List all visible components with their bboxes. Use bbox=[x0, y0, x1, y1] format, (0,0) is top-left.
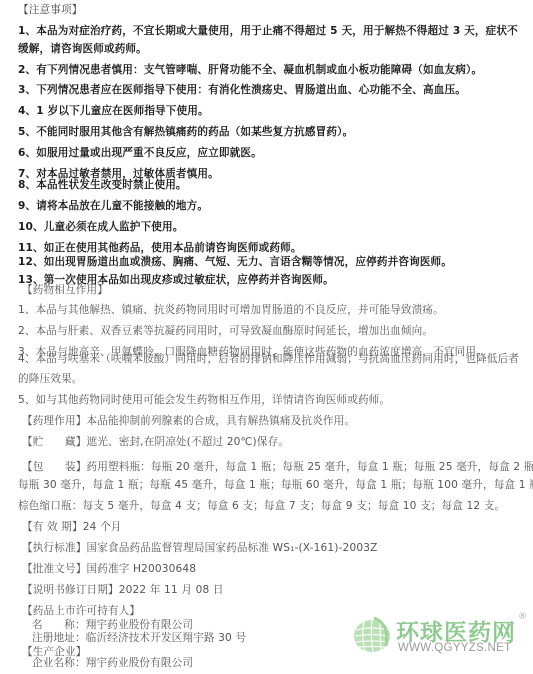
precaution-item: 5、不能同时服用其他含有解热镇痛药的药品（如某些复方抗感冒药）。 bbox=[18, 125, 523, 139]
pharmacology-heading: 【药理作用】 bbox=[22, 415, 86, 427]
packaging-line: 药用塑料瓶：每瓶 20 毫升，每盒 1 瓶；每瓶 25 毫升，每盒 1 瓶；每瓶… bbox=[86, 461, 533, 473]
packaging-row: 【包 装】药用塑料瓶：每瓶 20 毫升，每盒 1 瓶；每瓶 25 毫升，每盒 1… bbox=[22, 460, 523, 474]
pharmacology-text: 本品能抑制前列腺素的合成，具有解热镇痛及抗炎作用。 bbox=[86, 415, 355, 427]
precaution-item: 11、如正在使用其他药品，使用本品前请咨询医师或药师。 bbox=[18, 241, 523, 255]
revision-text: 2022 年 11 月 08 日 bbox=[119, 584, 224, 596]
precaution-item: 8、本品性状发生改变时禁止使用。 bbox=[18, 178, 523, 192]
validity-row: 【有 效 期】24 个月 bbox=[22, 520, 523, 534]
precaution-item: 3、下列情况患者应在医师指导下使用：有消化性溃疡史、胃肠道出血、心功能不全、高血… bbox=[18, 83, 523, 97]
site-watermark: 环球医药网 ® WWW.QGYYZS.NET bbox=[352, 612, 532, 662]
standard-heading: 【执行标准】 bbox=[22, 542, 86, 554]
interactions-heading: 【药物相互作用】 bbox=[22, 283, 523, 297]
revision-row: 【说明书修订日期】2022 年 11 月 08 日 bbox=[22, 583, 523, 597]
precaution-item: 1、本品为对症治疗药，不宜长期或大量使用，用于止痛不得超过 5 天，用于解热不得… bbox=[18, 24, 523, 38]
packaging-heading: 【包 装】 bbox=[22, 461, 86, 473]
precaution-item: 9、请将本品放在儿童不能接触的地方。 bbox=[18, 199, 523, 213]
approval-text: 国药准字 H20030648 bbox=[86, 563, 196, 575]
revision-heading: 【说明书修订日期】 bbox=[22, 584, 119, 596]
storage-row: 【贮 藏】遮光、密封,在阴凉处(不超过 20℃)保存。 bbox=[22, 435, 523, 449]
interaction-item: 的降压效果。 bbox=[18, 372, 523, 386]
packaging-line: 每瓶 30 毫升，每盒 1 瓶；每瓶 45 毫升，每盒 1 瓶；每瓶 60 毫升… bbox=[18, 478, 523, 492]
precaution-item: 2、有下列情况患者慎用：支气管哮喘、肝肾功能不全、凝血机制或血小板功能障碍（如血… bbox=[18, 63, 523, 77]
interaction-item: 2、本品与肝素、双香豆素等抗凝药同用时，可导致凝血酶原时间延长，增加出血倾向。 bbox=[18, 324, 523, 338]
precaution-item: 6、如服用过量或出现严重不良反应，应立即就医。 bbox=[18, 146, 523, 160]
validity-heading: 【有 效 期】 bbox=[22, 521, 83, 533]
approval-row: 【批准文号】国药准字 H20030648 bbox=[22, 562, 523, 576]
storage-heading: 【贮 藏】 bbox=[22, 436, 86, 448]
packaging-line: 棕色缩口瓶：每支 5 毫升，每盒 4 支；每盒 6 支；每盒 7 支；每盒 9 … bbox=[18, 499, 523, 513]
interaction-item: 4、本品与呋塞米（呋喃苯胺酸）同用时，后者的排钠和降压作用减弱；与抗高血压药同用… bbox=[18, 352, 523, 366]
precaution-item: 10、儿童必须在成人监护下使用。 bbox=[18, 220, 523, 234]
interaction-item: 1、本品与其他解热、镇痛、抗炎药物同用时可增加胃肠道的不良反应，并可能导致溃疡。 bbox=[18, 303, 523, 317]
precaution-item: 4、1 岁以下儿童应在医师指导下使用。 bbox=[18, 104, 523, 118]
interaction-item: 5、如与其他药物同时使用可能会发生药物相互作用，详情请咨询医师或药师。 bbox=[18, 393, 523, 407]
precautions-heading: 【注意事项】 bbox=[18, 3, 523, 17]
globe-icon bbox=[352, 616, 392, 656]
validity-text: 24 个月 bbox=[83, 521, 122, 533]
standard-row: 【执行标准】国家食品药品监督管理局国家药品标准 WS₁-(X-161)-2003… bbox=[22, 541, 523, 555]
pharmacology-row: 【药理作用】本品能抑制前列腺素的合成，具有解热镇痛及抗炎作用。 bbox=[22, 414, 523, 428]
registered-mark: ® bbox=[518, 612, 527, 622]
storage-text: 遮光、密封,在阴凉处(不超过 20℃)保存。 bbox=[86, 436, 289, 448]
watermark-url: WWW.QGYYZS.NET bbox=[398, 642, 511, 654]
precaution-item: 12、如出现胃肠道出血或溃疡、胸痛、气短、无力、言语含糊等情况，应停药并咨询医师… bbox=[18, 255, 523, 269]
standard-text: 国家食品药品监督管理局国家药品标准 WS₁-(X-161)-2003Z bbox=[86, 542, 377, 554]
precaution-item: 缓解，请咨询医师或药师。 bbox=[18, 42, 523, 56]
approval-heading: 【批准文号】 bbox=[22, 563, 86, 575]
